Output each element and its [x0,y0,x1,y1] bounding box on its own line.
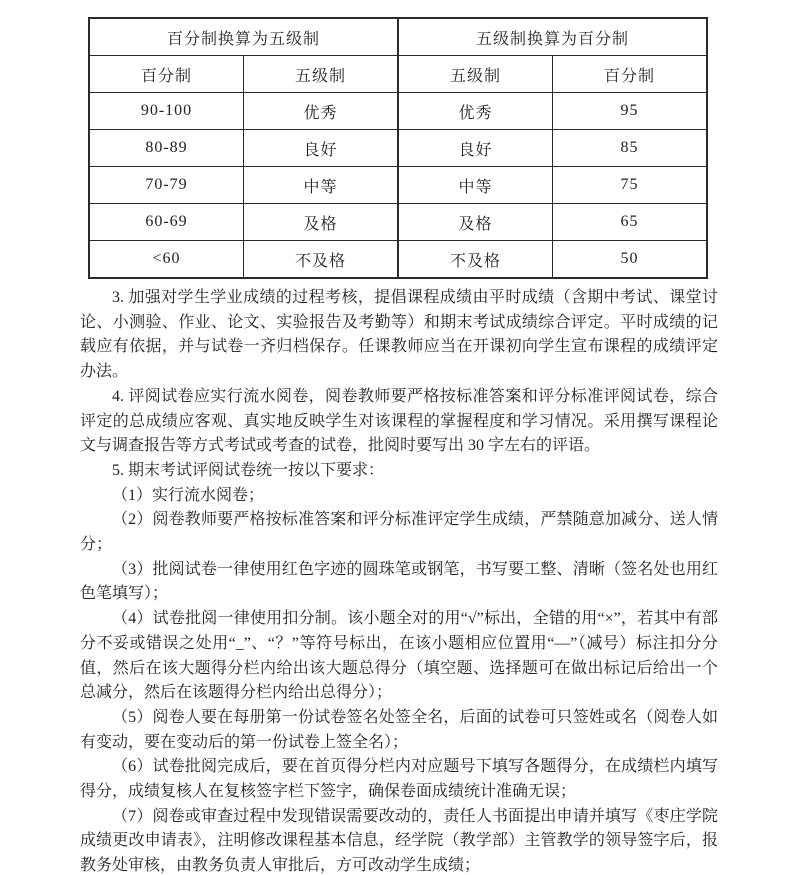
table-cell: 良好 [398,130,553,167]
paragraph: 4. 评阅试卷应实行流水阅卷，阅卷教师要严格按标准答案和评分标准评阅试卷，综合评… [80,385,718,459]
table-column-header-row: 百分制 五级制 五级制 百分制 [89,56,707,93]
group-header-percent-to-five: 百分制换算为五级制 [89,18,398,56]
table-cell: 80-89 [89,130,244,167]
paragraph: 3. 加强对学生学业成绩的过程考核，提倡课程成绩由平时成绩（含期中考试、课堂讨论… [80,286,718,385]
table-cell: 85 [553,130,708,167]
paragraph: 5. 期末考试评阅试卷统一按以下要求： [80,459,718,484]
document-page: 百分制换算为五级制 五级制换算为百分制 百分制 五级制 五级制 百分制 90-1… [0,0,795,875]
table-cell: 优秀 [244,93,399,130]
table-cell: 50 [553,241,708,279]
table-cell: 及格 [398,204,553,241]
column-header-percent-left: 百分制 [89,56,244,93]
table-cell: 优秀 [398,93,553,130]
table-row: 90-100优秀优秀95 [89,93,707,130]
column-header-five-left: 五级制 [244,56,399,93]
table-cell: 及格 [244,204,399,241]
table-cell: 75 [553,167,708,204]
paragraph: （1）实行流水阅卷； [80,484,718,509]
table-cell: 60-69 [89,204,244,241]
table-row: 80-89良好良好85 [89,130,707,167]
table-cell: 不及格 [244,241,399,279]
group-header-five-to-percent: 五级制换算为百分制 [398,18,707,56]
table-cell: 良好 [244,130,399,167]
table-row: 60-69及格及格65 [89,204,707,241]
table-cell: 不及格 [398,241,553,279]
paragraph: （7）阅卷或审查过程中发现错误需要改动的，责任人书面提出申请并填写《枣庄学院成绩… [80,805,718,875]
table-cell: 95 [553,93,708,130]
paragraph: （3）批阅试卷一律使用红色字迹的圆珠笔或钢笔，书写要工整、清晰（签名处也用红色笔… [80,558,718,607]
table-cell: <60 [89,241,244,279]
table-cell: 70-79 [89,167,244,204]
paragraph: （2）阅卷教师要严格按标准答案和评分标准评定学生成绩，严禁随意加减分、送人情分； [80,508,718,557]
table-row: <60不及格不及格50 [89,241,707,279]
column-header-five-right: 五级制 [398,56,553,93]
table-row: 70-79中等中等75 [89,167,707,204]
document-body: 3. 加强对学生学业成绩的过程考核，提倡课程成绩由平时成绩（含期中考试、课堂讨论… [80,286,718,875]
table-cell: 中等 [244,167,399,204]
paragraph: （6）试卷批阅完成后，要在首页得分栏内对应题号下填写各题得分，在成绩栏内填写得分… [80,755,718,804]
grade-conversion-table: 百分制换算为五级制 五级制换算为百分制 百分制 五级制 五级制 百分制 90-1… [88,17,708,279]
paragraph: （4）试卷批阅一律使用扣分制。该小题全对的用“√”标出，全错的用“×”，若其中有… [80,607,718,706]
table-body: 90-100优秀优秀9580-89良好良好8570-79中等中等7560-69及… [89,93,707,279]
table-cell: 65 [553,204,708,241]
table-cell: 90-100 [89,93,244,130]
column-header-percent-right: 百分制 [553,56,708,93]
table-cell: 中等 [398,167,553,204]
table-group-header-row: 百分制换算为五级制 五级制换算为百分制 [89,18,707,56]
paragraph: （5）阅卷人要在每册第一份试卷签名处签全名，后面的试卷可只签姓或名（阅卷人如有变… [80,706,718,755]
